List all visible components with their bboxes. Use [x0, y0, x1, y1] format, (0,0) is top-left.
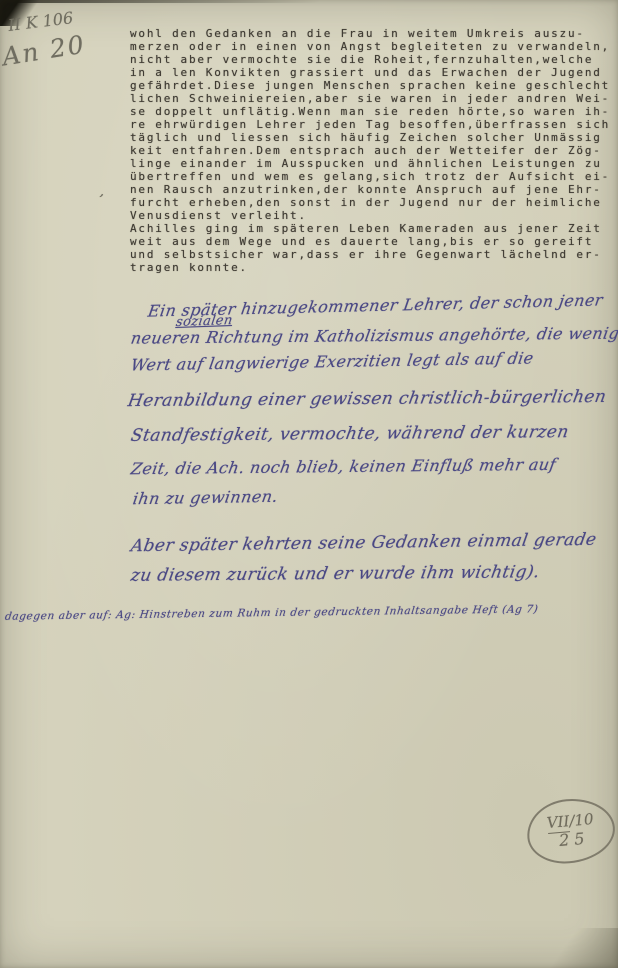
stamp-denominator: /10 — [569, 810, 595, 830]
typescript-line: wohl den Gedanken an die Frau in weitem … — [130, 27, 614, 40]
typescript-line: gefährdet.Diese jungen Menschen sprachen… — [130, 79, 614, 92]
scan-edge-shadow-top — [0, 0, 320, 3]
typescript-line: nen Rausch anzutrinken,der konnte Anspru… — [130, 183, 614, 196]
typescript-line: linge einander im Ausspucken und ähnlich… — [130, 157, 614, 170]
typescript-line: täglich und liessen sich häufig Zeichen … — [130, 131, 614, 144]
typescript-line: se doppelt unflätig.Wenn man sie reden h… — [130, 105, 614, 118]
pencil-margin-tick: ’ — [96, 192, 104, 209]
handwriting-line: Zeit, die Ach. noch blieb, keinen Einflu… — [129, 455, 557, 478]
typescript-line: merzen oder in einen von Angst begleitet… — [130, 40, 614, 53]
typescript-line: weit aus dem Wege und es dauerte lang,bi… — [130, 235, 614, 248]
typescript-line: und selbstsicher war,dass er ihre Gegenw… — [130, 248, 614, 261]
handwriting-line: zu diesem zurück und er wurde ihm wichti… — [129, 562, 541, 586]
scanned-document-page: II K 106 An 20 ’ wohl den Gedanken an di… — [0, 0, 618, 968]
handwriting-line: Standfestigkeit, vermochte, während der … — [129, 422, 570, 446]
typescript-line: furcht erheben,den sonst in der Jugend n… — [130, 196, 614, 209]
handwriting-line: Wert auf langwierige Exerzitien legt als… — [130, 348, 536, 374]
stamp-number: 25 — [553, 829, 590, 850]
typescript-line: Venusdienst verleiht. — [130, 209, 614, 222]
typescript-line: re ehrwürdigen Lehrer jeden Tag besoffen… — [130, 118, 614, 131]
typescript-line: übertreffen und wem es gelang,sich trotz… — [130, 170, 614, 183]
typescript-line: in a len Konvikten grassiert und das Erw… — [130, 66, 614, 79]
pencil-an-number: An 20 — [0, 30, 87, 72]
pencil-folio-stamp: VII/10 25 — [524, 795, 617, 866]
handwriting-line: Heranbildung einer gewissen christlich-b… — [126, 387, 608, 411]
typescript-block: wohl den Gedanken an die Frau in weitem … — [130, 27, 614, 274]
typescript-line: tragen konnte. — [130, 261, 614, 274]
typescript-line: keit entfahren.Dem entsprach auch der We… — [130, 144, 614, 157]
handwriting-line: Aber später kehrten seine Gedanken einma… — [129, 530, 598, 557]
handwriting-bottom-note: dagegen aber auf: Ag: Hinstreben zum Ruh… — [4, 603, 539, 622]
scan-corner-shadow-bottom-right — [548, 928, 618, 968]
handwriting-line: ihn zu gewinnen. — [132, 487, 280, 509]
typescript-line: nicht aber vermochte sie die Roheit,fern… — [130, 53, 614, 66]
handwriting-line: neueren Richtung im Katholizismus angehö… — [129, 323, 618, 347]
typescript-line: lichen Schweiniereien,aber sie waren in … — [130, 92, 614, 105]
typescript-line: Achilles ging im späteren Leben Kamerade… — [130, 222, 614, 235]
